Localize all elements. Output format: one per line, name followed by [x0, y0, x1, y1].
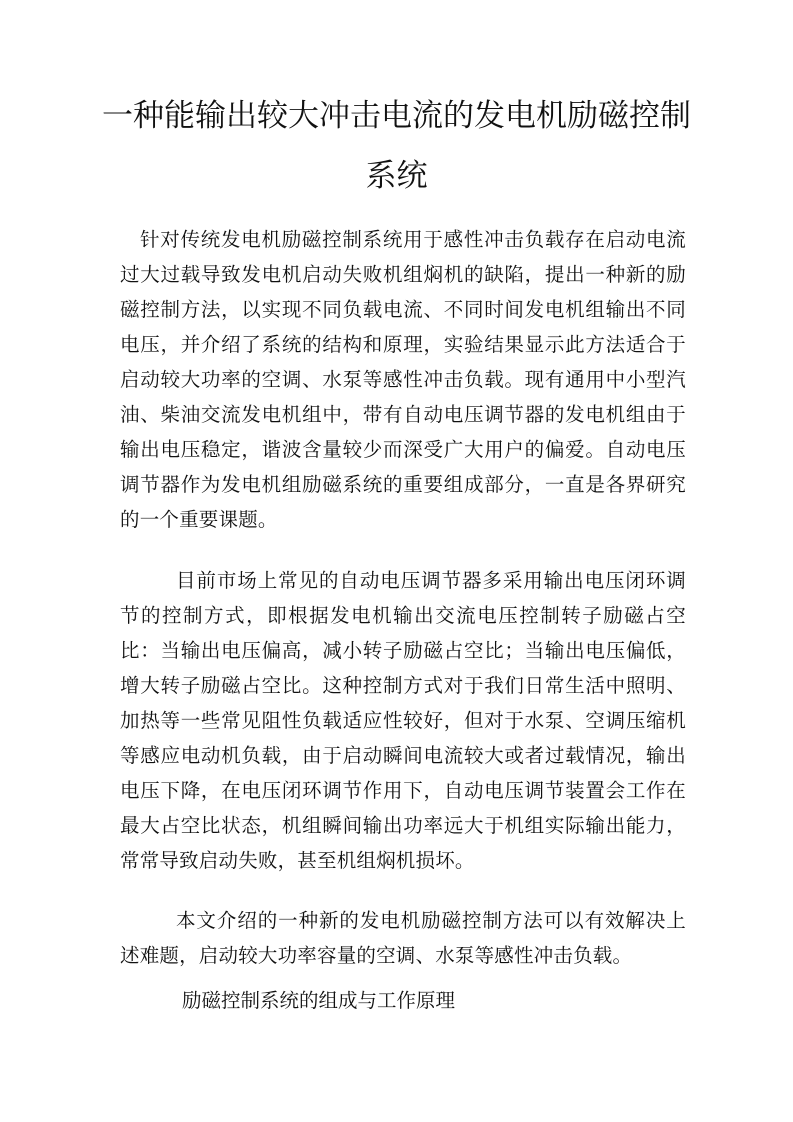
paragraph-intro: 针对传统发电机励磁控制系统用于感性冲击负载存在启动电流过大过载导致发电机启动失败… — [120, 222, 686, 537]
section-heading: 励磁控制系统的组成与工作原理 — [182, 983, 455, 1018]
page-title: 一种能输出较大冲击电流的发电机励磁控制系统 — [100, 86, 693, 206]
paragraph-current-methods: 目前市场上常见的自动电压调节器多采用输出电压闭环调节的控制方式，即根据发电机输出… — [120, 563, 686, 878]
paragraph-proposal: 本文介绍的一种新的发电机励磁控制方法可以有效解决上述难题，启动较大功率容量的空调… — [120, 903, 686, 973]
document-page: 一种能输出较大冲击电流的发电机励磁控制系统 针对传统发电机励磁控制系统用于感性冲… — [0, 0, 793, 1122]
